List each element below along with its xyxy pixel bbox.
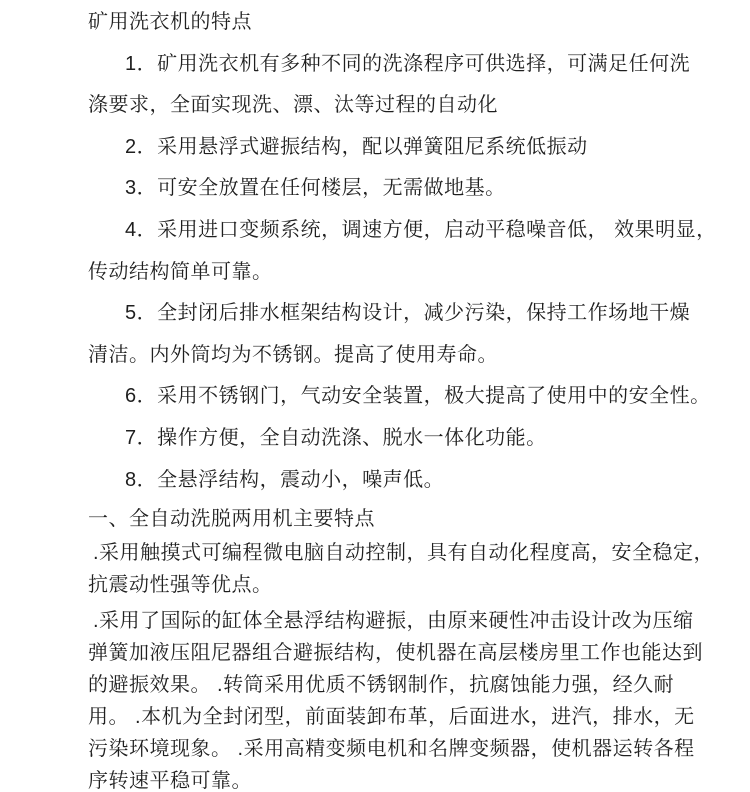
- feature-5-line-2: 清洁。内外筒均为不锈钢。提高了使用寿命。: [88, 335, 662, 377]
- feature-6-line-1: 6．采用不锈钢门，气动安全装置，极大提高了使用中的安全性。: [88, 376, 662, 418]
- feature-4-line-2: 传动结构简单可靠。: [88, 252, 662, 294]
- feature-1-line-1: 1．矿用洗衣机有多种不同的洗涤程序可供选择，可满足任何洗: [88, 44, 662, 86]
- feature-7-line-1: 7．操作方便，全自动洗涤、脱水一体化功能。: [88, 418, 662, 460]
- section-heading: 一、全自动洗脱两用机主要特点: [88, 501, 662, 537]
- para-2-line-4: 用。 .本机为全封闭型，前面装卸布革，后面进水，进汽，排水，无: [88, 701, 662, 733]
- feature-4-line-1: 4．采用进口变频系统，调速方便，启动平稳噪音低， 效果明显，: [88, 210, 662, 252]
- feature-1-line-2: 涤要求，全面实现洗、漂、汰等过程的自动化: [88, 85, 662, 127]
- para-2-line-2: 弹簧加液压阻尼器组合避振结构，使机器在高层楼房里工作也能达到: [88, 637, 662, 669]
- document-page: 矿用洗衣机的特点 1．矿用洗衣机有多种不同的洗涤程序可供选择，可满足任何洗 涤要…: [0, 0, 750, 792]
- feature-5-line-1: 5．全封闭后排水框架结构设计，减少污染，保持工作场地干燥: [88, 293, 662, 335]
- para-2-line-1: .采用了国际的缸体全悬浮结构避振，由原来硬性冲击设计改为压缩: [88, 605, 662, 637]
- feature-2-line-1: 2．采用悬浮式避振结构，配以弹簧阻尼系统低振动: [88, 127, 662, 169]
- feature-8-line-1: 8．全悬浮结构，震动小，噪声低。: [88, 460, 662, 502]
- para-1-line-2: 抗震动性强等优点。: [88, 569, 662, 601]
- para-1-line-1: .采用触摸式可编程微电脑自动控制，具有自动化程度高，安全稳定，: [88, 537, 662, 569]
- para-2-line-3: 的避振效果。 .转筒采用优质不锈钢制作，抗腐蚀能力强，经久耐: [88, 669, 662, 701]
- page-title: 矿用洗衣机的特点: [88, 2, 662, 44]
- para-2-line-6: 序转速平稳可靠。: [88, 765, 662, 792]
- feature-3-line-1: 3．可安全放置在任何楼层，无需做地基。: [88, 168, 662, 210]
- para-2-line-5: 污染环境现象。 .采用高精变频电机和名牌变频器，使机器运转各程: [88, 733, 662, 765]
